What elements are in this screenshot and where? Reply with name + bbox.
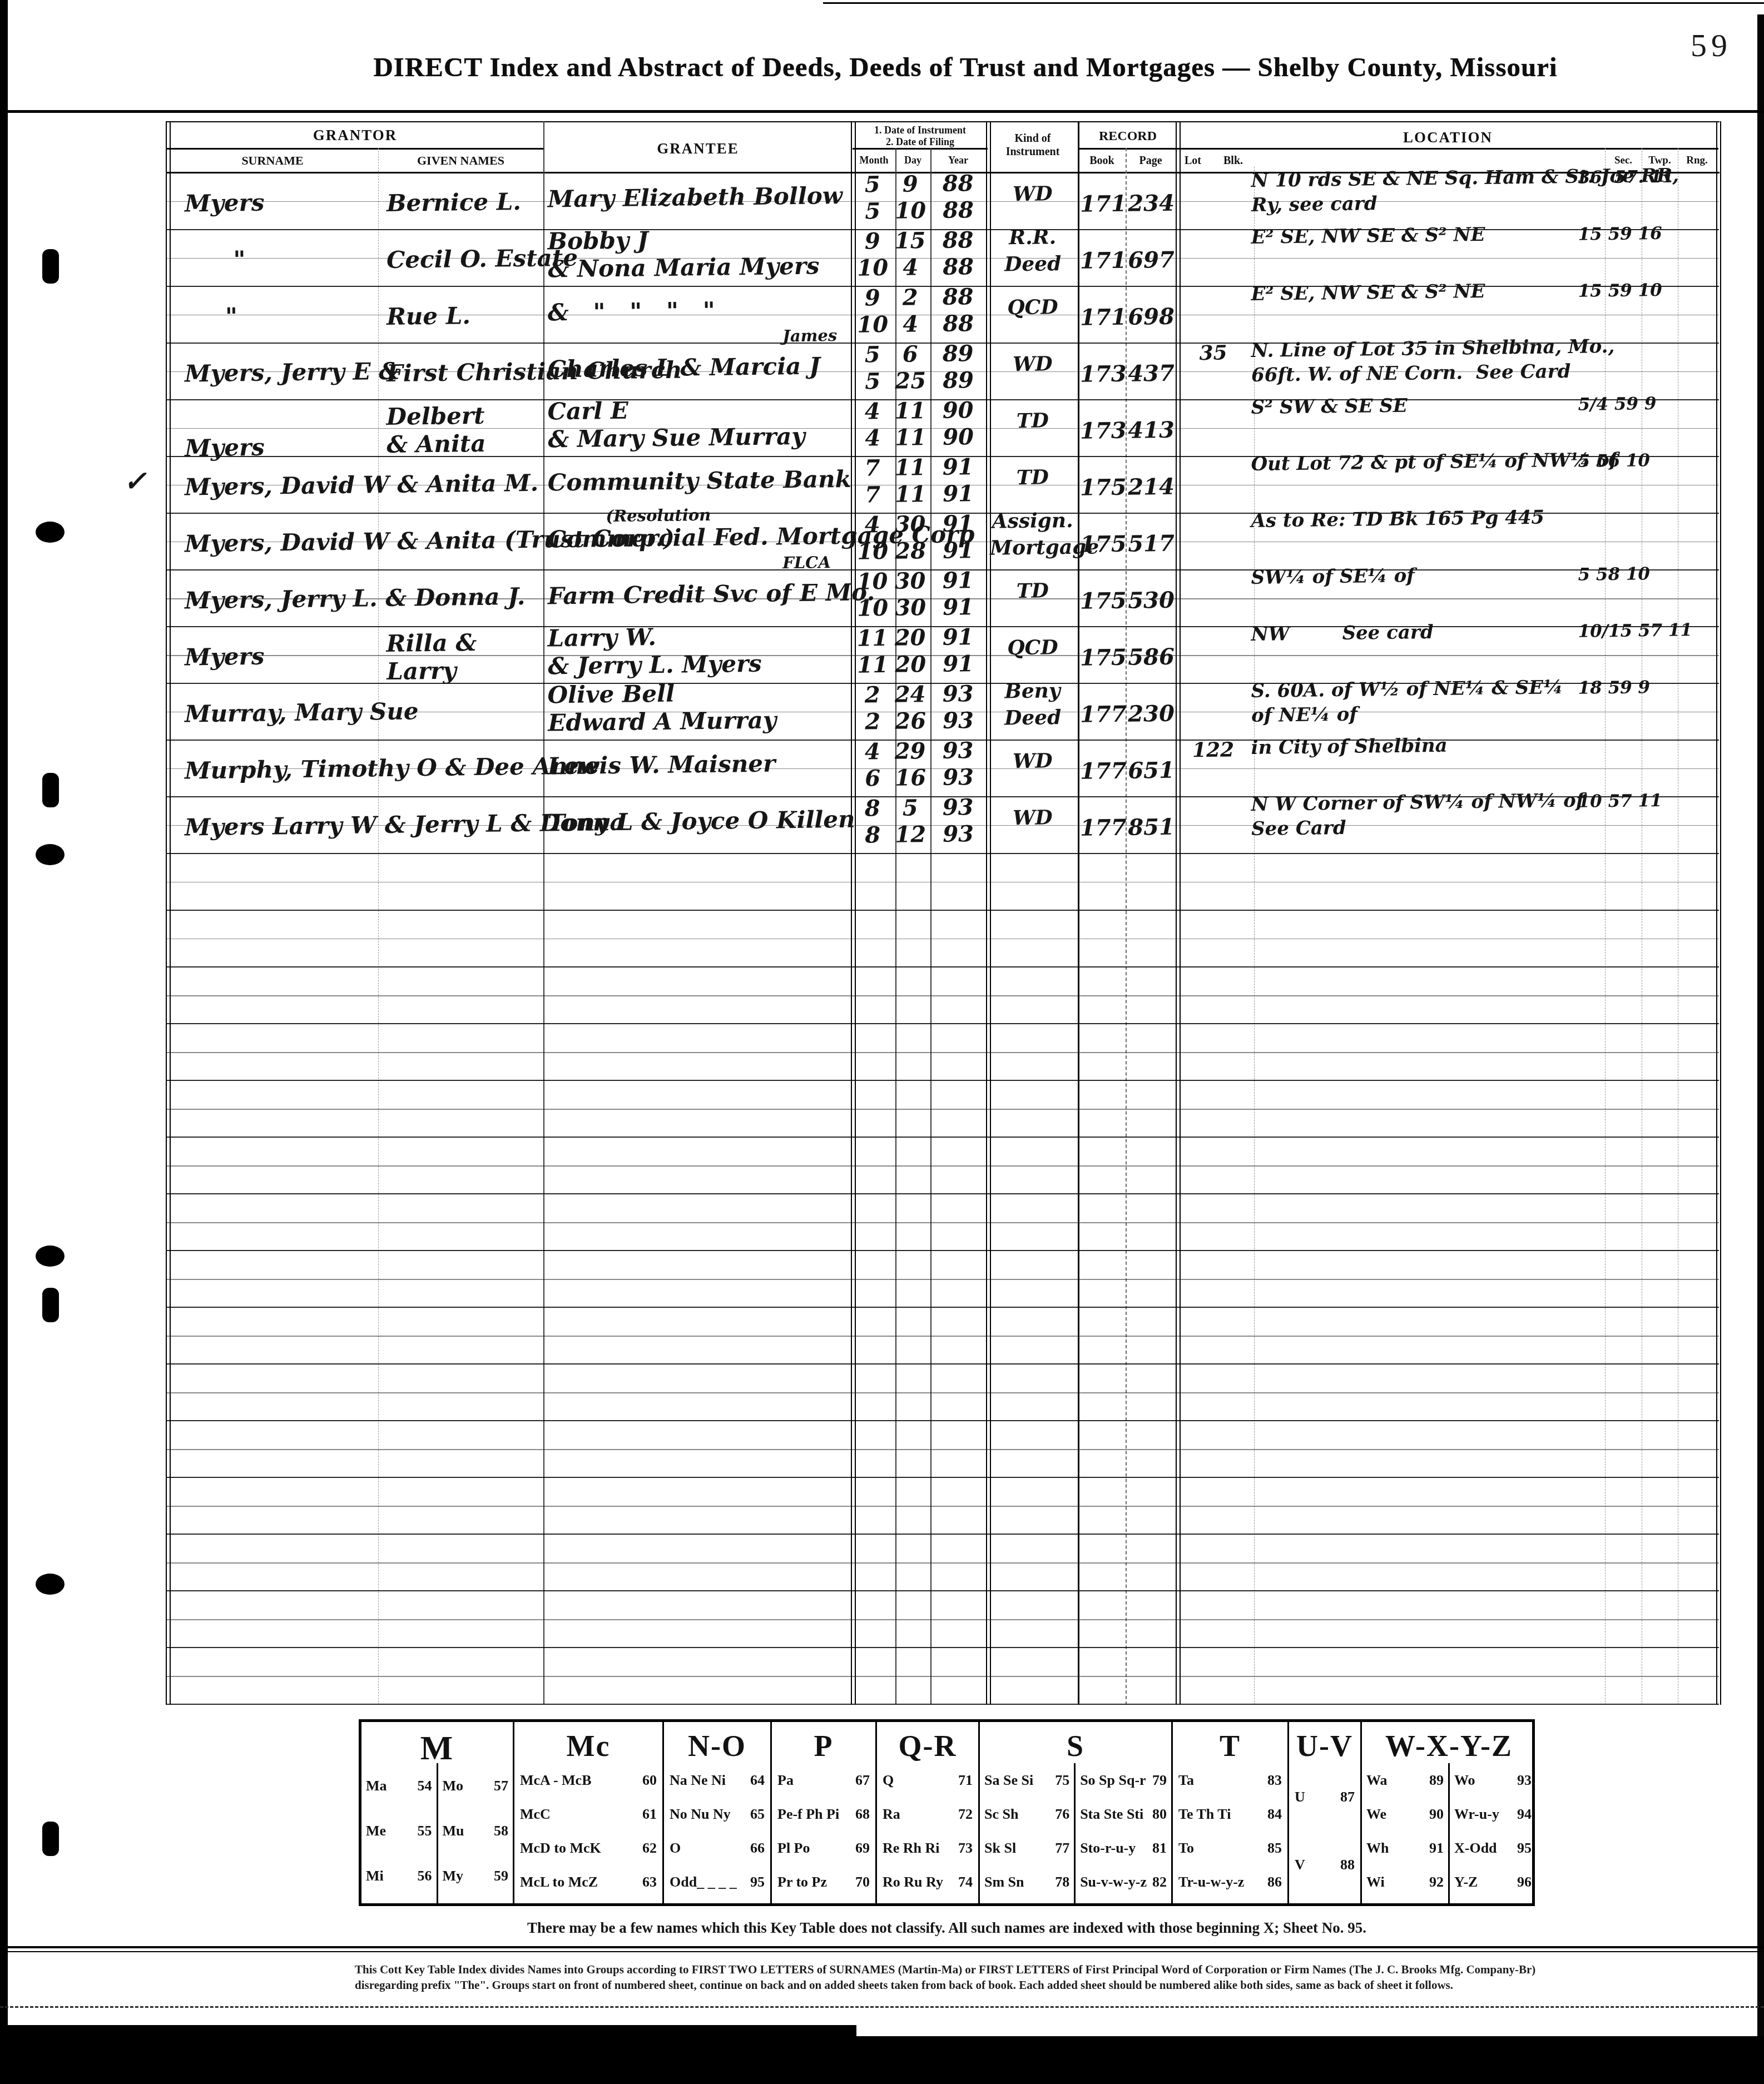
key-table-column: SSa Se Si75Sc Sh76Sk Sl77Sm Sn78So Sp Sq… [978, 1722, 1171, 1903]
date-instrument-day: 11 [891, 457, 928, 479]
date-filing-year: 91 [931, 596, 985, 619]
record-book: 175 [1080, 590, 1123, 613]
location-sec-twp-rng: 5 56 10 [1578, 451, 1718, 470]
date-filing-month: 10 [854, 257, 891, 280]
record-book: 177 [1080, 703, 1123, 726]
key-entry-sheet-number: 95 [750, 1874, 765, 1891]
page-title: DIRECT Index and Abstract of Deeds, Deed… [167, 51, 1764, 83]
date-filing-year: 88 [931, 199, 985, 222]
date-instrument-month: 9 [854, 230, 890, 253]
key-table-column: TTa83Te Th Ti84To85Tr-u-w-y-z86 [1171, 1722, 1287, 1903]
location-sec-twp-rng: 15 59 10 [1578, 281, 1718, 300]
date-filing-day: 16 [892, 767, 929, 790]
grantee-name-line2: & Nona Maria Myers [548, 255, 820, 281]
date-instrument-day: 29 [891, 740, 928, 763]
key-entry-sheet-number: 68 [855, 1806, 870, 1823]
date-instrument-year: 88 [930, 172, 985, 195]
grantor-surname: Myers, Jerry E & [185, 360, 400, 386]
key-entry-sheet-number: 95 [1517, 1840, 1532, 1857]
page-edge-top [823, 2, 1764, 4]
key-entry-sheet-number: 89 [1429, 1772, 1444, 1789]
location-lot: 35 [1180, 343, 1246, 363]
date-filing-year: 91 [931, 539, 985, 562]
key-table-entry: Ro Ru Ry74 [883, 1874, 973, 1891]
key-entry-label: Wi [1366, 1874, 1385, 1891]
header-book: Book [1078, 155, 1126, 167]
kind-of-instrument: Beny [989, 681, 1075, 702]
header-surname: SURNAME [167, 153, 378, 168]
kind-of-instrument: TD [990, 467, 1076, 488]
location-sec-twp-rng: 15 59 16 [1578, 225, 1718, 244]
record-page: 230 [1127, 703, 1176, 726]
footnote-line1: This Cott Key Table Index divides Names … [355, 1962, 1712, 1977]
key-entry-label: We [1366, 1806, 1386, 1823]
date-filing-year: 89 [931, 369, 985, 392]
location-description: S² SW & SE SE [1251, 396, 1408, 417]
key-table-entry: No Nu Ny65 [670, 1806, 765, 1823]
key-entry-label: Y-Z [1454, 1874, 1478, 1891]
date-filing-year: 88 [931, 312, 985, 335]
key-entry-label: Wo [1454, 1772, 1475, 1789]
key-table-entry: Wi92 [1366, 1874, 1444, 1891]
date-filing-month: 6 [854, 767, 891, 790]
grantee-name-line2: Edward A Murray [548, 708, 776, 735]
date-filing-year: 91 [931, 483, 985, 505]
key-table-columns: MMa54Me55Mi56Mo57Mu58My59McMcA - McB60Mc… [361, 1722, 1536, 1903]
record-book: 177 [1080, 817, 1123, 840]
date-instrument-month: 7 [854, 457, 890, 480]
date-instrument-year: 93 [930, 740, 985, 762]
date-filing-year: 91 [931, 653, 985, 676]
key-table-entry: Mo57 [443, 1778, 509, 1794]
key-table-entry: O66 [670, 1840, 765, 1857]
key-table-entry: Re Rh Ri73 [883, 1840, 973, 1857]
key-table-entry: Ra72 [883, 1806, 973, 1823]
key-entry-label: Wr-u-y [1454, 1806, 1499, 1823]
key-entry-label: Ma [366, 1778, 387, 1794]
key-entry-label: Sa Se Si [984, 1772, 1033, 1789]
key-table-entry: Q71 [883, 1772, 973, 1789]
key-table-subcolumn: Wa89We90Wh91Wi92 [1362, 1763, 1448, 1903]
key-entry-label: Pe-f Ph Pi [777, 1806, 839, 1823]
grantee-name-line2: & Jerry L. Myers [548, 652, 762, 678]
key-entry-label: Sm Sn [984, 1874, 1024, 1891]
key-entry-label: Sta Ste Sti [1080, 1806, 1143, 1823]
key-entry-label: McL to McZ [520, 1874, 598, 1891]
date-filing-day: 12 [892, 823, 929, 846]
key-entry-sheet-number: 59 [494, 1868, 508, 1884]
date-filing-year: 93 [931, 766, 985, 789]
key-table-entry: Pl Po69 [777, 1840, 870, 1857]
binder-mark [42, 1822, 59, 1856]
header-kind-line1: Kind of [988, 132, 1078, 145]
date-instrument-year: 88 [930, 286, 985, 309]
key-entry-label: Mu [443, 1823, 464, 1839]
key-entry-sheet-number: 58 [494, 1823, 508, 1839]
record-book: 171 [1080, 306, 1123, 329]
key-table: MMa54Me55Mi56Mo57Mu58My59McMcA - McB60Mc… [359, 1719, 1535, 1906]
date-filing-month: 10 [854, 314, 891, 336]
date-instrument-month: 8 [854, 797, 890, 820]
record-page: 437 [1127, 363, 1176, 385]
key-table-column-header: M [361, 1722, 513, 1763]
key-entry-sheet-number: 75 [1055, 1772, 1069, 1789]
kind-of-instrument: Assign. [989, 510, 1075, 532]
date-filing-month: 10 [854, 540, 891, 563]
key-table-entry: V88 [1295, 1857, 1355, 1873]
key-table-entry: Me55 [366, 1823, 432, 1839]
key-table-entry: Na Ne Ni64 [670, 1772, 765, 1789]
grantor-surname-line2: Myers [185, 436, 265, 460]
record-book: 173 [1080, 363, 1123, 386]
key-table-column: N-ONa Ne Ni64No Nu Ny65O66Odd_ _ _ _95 [662, 1722, 770, 1903]
grantor-surname: Myers, David W & Anita M. [185, 472, 539, 499]
key-entry-label: McA - McB [520, 1772, 592, 1789]
binder-mark [36, 1246, 65, 1267]
grantor-given-names-line2: Larry [387, 659, 457, 683]
date-instrument-day: 5 [891, 797, 928, 820]
key-entry-label: Wa [1366, 1772, 1388, 1789]
key-table-entry: Te Th Ti84 [1178, 1806, 1282, 1823]
date-filing-month: 4 [854, 427, 891, 450]
location-sec-twp-rng: 5/4 59 9 [1578, 395, 1718, 414]
key-entry-label: McC [520, 1806, 551, 1823]
kind-of-instrument-line2: Mortgage [990, 537, 1076, 558]
location-description-line2: Ry, see card [1251, 194, 1377, 215]
record-book: 177 [1080, 760, 1123, 783]
key-entry-sheet-number: 57 [494, 1778, 508, 1794]
margin-check-mark: ✓ [123, 467, 147, 495]
header-month: Month [853, 155, 895, 166]
header-given-names: GIVEN NAMES [378, 153, 543, 168]
key-table-subcolumn: Ma54Me55Mi56 [361, 1763, 437, 1903]
date-instrument-year: 93 [930, 796, 985, 819]
grantor-surname: Murray, Mary Sue [185, 699, 419, 726]
key-entry-sheet-number: 80 [1152, 1806, 1167, 1823]
header-date-line1: 1. Date of Instrument [853, 125, 988, 136]
key-table-entry: Mu58 [443, 1823, 509, 1839]
grantor-surname: Myers [185, 645, 265, 669]
key-table-column: W-X-Y-ZWa89We90Wh91Wi92Wo93Wr-u-y94X-Odd… [1360, 1722, 1536, 1903]
record-page: 698 [1127, 306, 1176, 329]
location-sec-twp-rng: 10/15 57 11 [1578, 622, 1718, 641]
key-entry-label: To [1178, 1840, 1194, 1857]
key-entry-sheet-number: 91 [1429, 1840, 1444, 1857]
date-filing-month: 5 [854, 370, 891, 393]
key-entry-label: Q [883, 1772, 894, 1789]
key-entry-sheet-number: 83 [1267, 1772, 1282, 1789]
key-entry-sheet-number: 84 [1267, 1806, 1282, 1823]
grantee-name: Bobby J [547, 229, 648, 253]
header-location: LOCATION [1177, 129, 1718, 146]
record-page: 530 [1127, 589, 1176, 612]
key-table-entry: Odd_ _ _ _95 [670, 1874, 765, 1891]
key-table-entry: Wa89 [1366, 1772, 1444, 1789]
key-table-column-header: Q-R [877, 1722, 978, 1763]
date-instrument-year: 93 [930, 683, 985, 706]
date-filing-month: 2 [854, 711, 891, 733]
key-entry-sheet-number: 88 [1340, 1857, 1355, 1873]
record-book: 175 [1080, 533, 1123, 556]
location-description: NW See card [1251, 623, 1433, 644]
location-description-line2: See Card [1251, 818, 1346, 838]
key-table-entry: Ta83 [1178, 1772, 1282, 1789]
record-book: 171 [1080, 250, 1123, 272]
key-table-entry: Pr to Pz70 [777, 1874, 870, 1891]
kind-of-instrument: WD [990, 354, 1076, 375]
kind-of-instrument-line2: Deed [990, 707, 1076, 728]
grantee-name: Carl E [547, 399, 628, 424]
date-filing-month: 8 [854, 824, 891, 847]
record-page: 413 [1127, 419, 1176, 442]
header-grantee: GRANTEE [543, 140, 853, 157]
kind-of-instrument: WD [990, 751, 1076, 772]
date-instrument-month: 5 [854, 173, 890, 196]
key-entry-sheet-number: 56 [418, 1868, 432, 1884]
location-description: E² SE, NW SE & S² NE [1251, 282, 1485, 304]
date-instrument-year: 88 [930, 229, 985, 252]
record-book: 171 [1080, 193, 1123, 216]
record-book: 173 [1080, 420, 1123, 443]
scanned-ledger-page: 59 DIRECT Index and Abstract of Deeds, D… [0, 0, 1764, 2084]
header-page: Page [1126, 155, 1176, 167]
grantee-superscript: James [782, 328, 837, 344]
grantor-surname: Murphy, Timothy O & Dee Anne [185, 754, 599, 782]
key-entry-sheet-number: 55 [418, 1823, 432, 1839]
grantor-surname: " [185, 248, 246, 272]
kind-of-instrument: QCD [990, 297, 1076, 318]
footnote: This Cott Key Table Index divides Names … [355, 1962, 1712, 1993]
location-description: S. 60A. of W½ of NE¼ & SE¼ [1251, 678, 1563, 701]
date-filing-year: 90 [931, 426, 985, 449]
date-instrument-day: 30 [891, 570, 928, 593]
header-kind-line2: Instrument [988, 146, 1078, 158]
grantor-given-names: Rilla & [386, 631, 477, 656]
date-instrument-day: 11 [891, 400, 928, 423]
key-entry-sheet-number: 63 [642, 1874, 657, 1891]
grantee-name: Tony L & Joyce O Killen [548, 808, 855, 835]
date-filing-day: 11 [892, 483, 929, 506]
key-entry-label: Sto-r-u-y [1080, 1840, 1136, 1857]
record-page: 517 [1127, 533, 1176, 555]
key-entry-sheet-number: 69 [855, 1840, 870, 1857]
date-filing-month: 11 [854, 654, 891, 677]
key-table-entry: Tr-u-w-y-z86 [1178, 1874, 1282, 1891]
footer-rule-2 [0, 1951, 1764, 1952]
key-table-entry: Wr-u-y94 [1454, 1806, 1532, 1823]
key-table-column-header: Mc [514, 1722, 662, 1763]
record-page: 234 [1127, 192, 1176, 215]
record-book: 175 [1080, 477, 1123, 499]
date-filing-day: 20 [892, 653, 929, 676]
key-table-entry: X-Odd95 [1454, 1840, 1532, 1857]
key-entry-sheet-number: 67 [855, 1772, 870, 1789]
key-table-column-header: U-V [1289, 1722, 1360, 1763]
date-instrument-year: 89 [930, 343, 985, 365]
key-entry-label: Mi [366, 1868, 384, 1884]
key-entry-sheet-number: 70 [855, 1874, 870, 1891]
grantee-name: Mary Elizabeth Bollow [548, 184, 843, 211]
key-table-entry: Pa67 [777, 1772, 870, 1789]
key-entry-label: Te Th Ti [1178, 1806, 1231, 1823]
key-table-column-header: P [772, 1722, 875, 1763]
grantee-name: Farm Credit Svc of E Mo. [548, 580, 875, 608]
kind-of-instrument: WD [990, 183, 1076, 205]
key-table-entry: Sc Sh76 [984, 1806, 1069, 1823]
key-entry-sheet-number: 76 [1055, 1806, 1069, 1823]
key-table-entry: Su-v-w-y-z82 [1080, 1874, 1167, 1891]
location-description-line2: of NE¼ of [1251, 705, 1357, 725]
key-entry-label: Me [366, 1823, 386, 1839]
key-table-entry: To85 [1178, 1840, 1282, 1857]
key-table-entry: Sm Sn78 [984, 1874, 1069, 1891]
binder-mark [36, 1574, 65, 1595]
date-underline [853, 148, 988, 150]
key-entry-sheet-number: 92 [1429, 1874, 1444, 1891]
key-table-column-header: N-O [664, 1722, 770, 1763]
date-instrument-month: 4 [854, 400, 890, 423]
key-entry-label: Sc Sh [984, 1806, 1018, 1823]
key-table-column: Q-RQ71Ra72Re Rh Ri73Ro Ru Ry74 [875, 1722, 978, 1903]
date-filing-year: 93 [931, 823, 985, 846]
date-instrument-day: 20 [891, 627, 928, 649]
key-entry-sheet-number: 82 [1152, 1874, 1167, 1891]
date-instrument-day: 6 [891, 343, 928, 366]
key-entry-sheet-number: 78 [1055, 1874, 1069, 1891]
key-entry-label: Ta [1178, 1772, 1194, 1789]
key-entry-sheet-number: 54 [418, 1778, 432, 1794]
key-table-entry: Mi56 [366, 1868, 432, 1884]
date-instrument-month: 4 [854, 741, 890, 763]
key-entry-sheet-number: 77 [1055, 1840, 1069, 1857]
date-instrument-month: 2 [854, 684, 890, 707]
date-instrument-year: 91 [930, 456, 985, 479]
key-entry-label: Pr to Pz [777, 1874, 827, 1891]
key-table-entry: Wh91 [1366, 1840, 1444, 1857]
key-table-entry: Ma54 [366, 1778, 432, 1794]
key-table-entry: Sa Se Si75 [984, 1772, 1069, 1789]
date-instrument-day: 24 [891, 683, 928, 706]
grantor-given-names-line2: & Anita [387, 432, 486, 457]
table-border-top [167, 121, 1720, 122]
record-location-underline [1078, 148, 1718, 150]
grantee-superscript: FLCA [782, 554, 831, 571]
key-table-column: MMa54Me55Mi56Mo57Mu58My59 [361, 1722, 513, 1903]
grantor-surname: Myers [185, 191, 265, 216]
key-entry-label: O [670, 1840, 681, 1857]
key-table-subcolumn: Wo93Wr-u-y94X-Odd95Y-Z96 [1448, 1763, 1536, 1903]
footnote-line2: disregarding prefix "The". Groups start … [355, 1977, 1712, 1993]
key-entry-sheet-number: 90 [1429, 1806, 1444, 1823]
key-entry-sheet-number: 81 [1152, 1840, 1167, 1857]
grantee-name: Community State Bank [548, 468, 851, 495]
date-filing-day: 26 [892, 710, 929, 733]
key-table-entry: McL to McZ63 [520, 1874, 657, 1891]
key-entry-label: Ra [883, 1806, 900, 1823]
key-table-subcolumn: So Sp Sq-r79Sta Ste Sti80Sto-r-u-y81Su-v… [1074, 1763, 1171, 1903]
key-table-column-header: T [1173, 1722, 1287, 1763]
key-entry-label: So Sp Sq-r [1080, 1772, 1146, 1789]
kind-of-instrument: R.R. [989, 227, 1075, 248]
key-entry-label: Sk Sl [984, 1840, 1016, 1857]
key-entry-sheet-number: 60 [642, 1772, 657, 1789]
location-description: Out Lot 72 & pt of SE¼ of NW¼ of [1251, 450, 1617, 474]
location-sec-twp-rng: 18 59 9 [1578, 678, 1718, 697]
key-entry-sheet-number: 65 [750, 1806, 765, 1823]
date-instrument-day: 30 [891, 513, 928, 536]
key-table-column: PPa67Pe-f Ph Pi68Pl Po69Pr to Pz70 [770, 1722, 875, 1903]
scan-bottom-band [0, 2036, 1764, 2084]
key-entry-sheet-number: 66 [750, 1840, 765, 1857]
key-entry-label: Tr-u-w-y-z [1178, 1874, 1244, 1891]
key-entry-label: U [1295, 1789, 1305, 1805]
date-instrument-month: 11 [854, 627, 890, 650]
grantor-given-names: Bernice L. [387, 190, 521, 215]
date-filing-day: 28 [892, 540, 929, 563]
location-description: As to Re: TD Bk 165 Pg 445 [1251, 508, 1544, 530]
key-table-entry: We90 [1366, 1806, 1444, 1823]
date-instrument-year: 91 [930, 513, 985, 535]
grantor-given-names: Delbert [386, 404, 484, 429]
date-instrument-day: 9 [891, 173, 928, 196]
location-lot: 122 [1180, 740, 1246, 760]
header-year: Year [930, 155, 986, 166]
key-entry-label: No Nu Ny [670, 1806, 731, 1823]
grantor-underline [167, 148, 543, 150]
footer-rule-3 [0, 2006, 1764, 2008]
key-table-entry: Wo93 [1454, 1772, 1532, 1789]
grantor-surname: Myers, Jerry L. & Donna J. [185, 585, 526, 612]
date-instrument-month: 4 [854, 514, 890, 537]
kind-of-instrument: QCD [990, 637, 1076, 658]
location-description: N. Line of Lot 35 in Shelbina, Mo., [1251, 337, 1614, 360]
key-entry-sheet-number: 61 [642, 1806, 657, 1823]
key-entry-label: My [443, 1868, 464, 1884]
key-entry-label: Odd_ _ _ _ [670, 1874, 737, 1891]
location-description: SW¼ of SE¼ of [1251, 566, 1415, 587]
kind-of-instrument: TD [990, 410, 1076, 431]
key-table-entry: U87 [1295, 1789, 1355, 1805]
grantee-name: Larry W. [547, 626, 656, 650]
date-filing-day: 30 [892, 597, 929, 619]
key-table-entry: McA - McB60 [520, 1772, 657, 1789]
record-book: 175 [1080, 647, 1123, 669]
header-day: Day [895, 155, 930, 166]
grantee-name: Olive Bell [547, 682, 675, 707]
header-date-line2: 2. Date of Filing [853, 136, 988, 148]
key-entry-sheet-number: 96 [1517, 1874, 1532, 1891]
footer-rule-1 [0, 1946, 1764, 1948]
key-entry-label: Su-v-w-y-z [1080, 1874, 1147, 1891]
grantee-name-line2: & Mary Sue Murray [548, 425, 805, 451]
key-entry-label: X-Odd [1454, 1840, 1497, 1857]
key-table-entry: So Sp Sq-r79 [1080, 1772, 1167, 1789]
key-table-column: U-VU87V88 [1287, 1722, 1360, 1903]
key-table-entry: Y-Z96 [1454, 1874, 1532, 1891]
key-entry-label: Pl Po [777, 1840, 810, 1857]
key-entry-sheet-number: 72 [958, 1806, 973, 1823]
date-instrument-year: 91 [930, 569, 985, 592]
date-instrument-year: 91 [930, 626, 985, 649]
kind-of-instrument-line2: Deed [990, 254, 1076, 275]
key-table-column-header: W-X-Y-Z [1362, 1722, 1536, 1763]
key-table-entry: McD to McK62 [520, 1840, 657, 1857]
kind-of-instrument: TD [990, 580, 1076, 602]
record-page: 697 [1127, 249, 1176, 272]
grantor-given-names: Rue L. [387, 304, 470, 329]
date-filing-month: 5 [854, 200, 891, 223]
location-description-line2: 66ft. W. of NE Corn. See Card [1251, 362, 1571, 385]
